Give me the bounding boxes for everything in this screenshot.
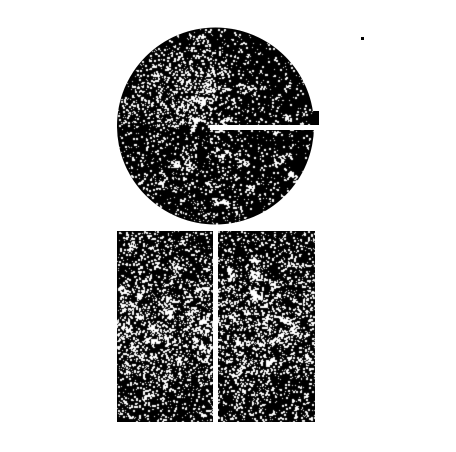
- square-divider: [213, 231, 218, 422]
- scan-noise-overlay: [0, 0, 456, 452]
- disc-edge-bump: [309, 111, 319, 125]
- ink-dot: [361, 37, 364, 40]
- disc-radius-line: [210, 125, 321, 130]
- figure-layer: [0, 0, 456, 452]
- disc-shape: [117, 28, 314, 225]
- square-right-half: [218, 231, 315, 422]
- page-background: [0, 0, 456, 452]
- scanned-figure: [0, 0, 456, 452]
- square-left-half: [117, 231, 213, 422]
